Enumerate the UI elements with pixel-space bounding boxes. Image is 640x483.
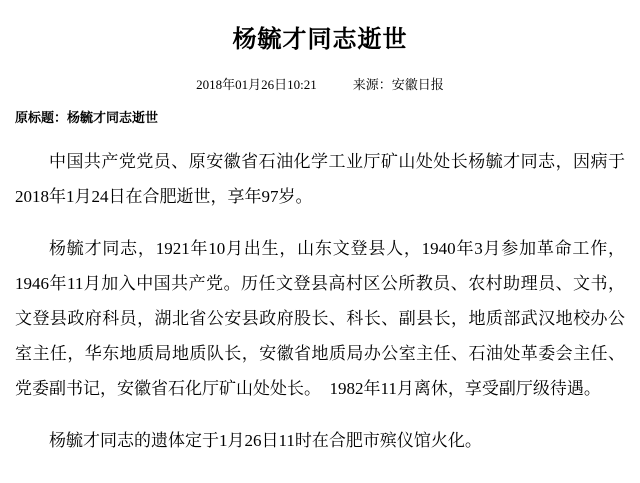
source-label: 来源：安徽日报 [353, 77, 444, 92]
article-paragraph-1: 中国共产党党员、原安徽省石油化学工业厅矿山处处长杨毓才同志，因病于2018年1月… [15, 144, 625, 214]
publish-datetime: 2018年01月26日10:21 [196, 77, 317, 92]
article-paragraph-2: 杨毓才同志，1921年10月出生，山东文登县人，1940年3月参加革命工作，19… [15, 231, 625, 406]
article-paragraph-3: 杨毓才同志的遗体定于1月26日11时在合肥市殡仪馆火化。 [15, 423, 625, 458]
article-title: 杨毓才同志逝世 [15, 26, 625, 55]
article-meta: 2018年01月26日10:21来源：安徽日报 [15, 77, 625, 93]
article-page: 杨毓才同志逝世 2018年01月26日10:21来源：安徽日报 原标题：杨毓才同… [0, 0, 640, 483]
article-body: 中国共产党党员、原安徽省石油化学工业厅矿山处处长杨毓才同志，因病于2018年1月… [15, 144, 625, 458]
original-title: 原标题：杨毓才同志逝世 [15, 110, 625, 126]
